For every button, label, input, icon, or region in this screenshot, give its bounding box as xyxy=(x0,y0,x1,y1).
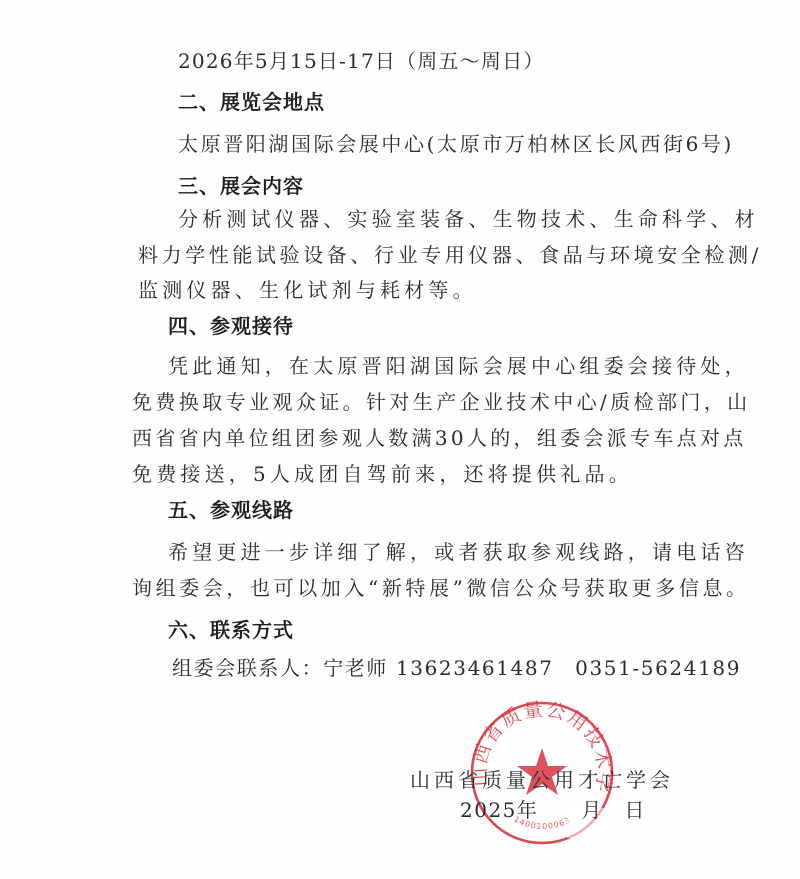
content-paragraph-line-2: 料力学性能试验设备、行业专用仪器、食品与环境安全检测/ xyxy=(138,242,762,268)
route-paragraph-line-2: 询组委会，也可以加入“新特展”微信公众号获取更多信息。 xyxy=(132,575,750,601)
route-paragraph-line-1: 希望更进一步详细了解，或者获取参观线路，请电话咨 xyxy=(168,539,749,565)
signature-organization: 山西省质量公用才亡学会 xyxy=(410,767,674,793)
content-paragraph-line-3: 监测仪器、生化试剂与耗材等。 xyxy=(138,277,477,303)
reception-paragraph-line-3: 西省省内单位组团参观人数满30人的，组委会派专车点对点 xyxy=(132,425,747,451)
signature-date: 2025年 月 日 xyxy=(460,797,646,823)
document-page: 2026年5月15日-17日（周五～周日） 二、展览会地点 太原晋阳湖国际会展中… xyxy=(0,0,800,879)
reception-paragraph-line-1: 凭此通知，在太原晋阳湖国际会展中心组委会接待处， xyxy=(168,353,749,379)
content-paragraph-line-1: 分析测试仪器、实验室装备、生物技术、生命科学、材 xyxy=(178,206,759,232)
section-heading-reception: 四、参观接待 xyxy=(168,313,294,339)
reception-paragraph-line-2: 免费换取专业观众证。针对生产企业技术中心/质检部门，山 xyxy=(132,389,751,415)
section-heading-content: 三、展会内容 xyxy=(178,173,304,199)
section-heading-route: 五、参观线路 xyxy=(168,497,294,523)
section-heading-contact: 六、联系方式 xyxy=(168,617,294,643)
section-heading-venue: 二、展览会地点 xyxy=(178,89,325,115)
exhibition-date: 2026年5月15日-17日（周五～周日） xyxy=(178,48,544,74)
contact-info: 组委会联系人：宁老师 13623461487 0351-5624189 xyxy=(172,655,741,681)
reception-paragraph-line-4: 免费接送，5人成团自驾前来，还将提供礼品。 xyxy=(132,461,633,487)
venue-address: 太原晋阳湖国际会展中心(太原市万柏林区长风西街6号) xyxy=(178,131,734,157)
